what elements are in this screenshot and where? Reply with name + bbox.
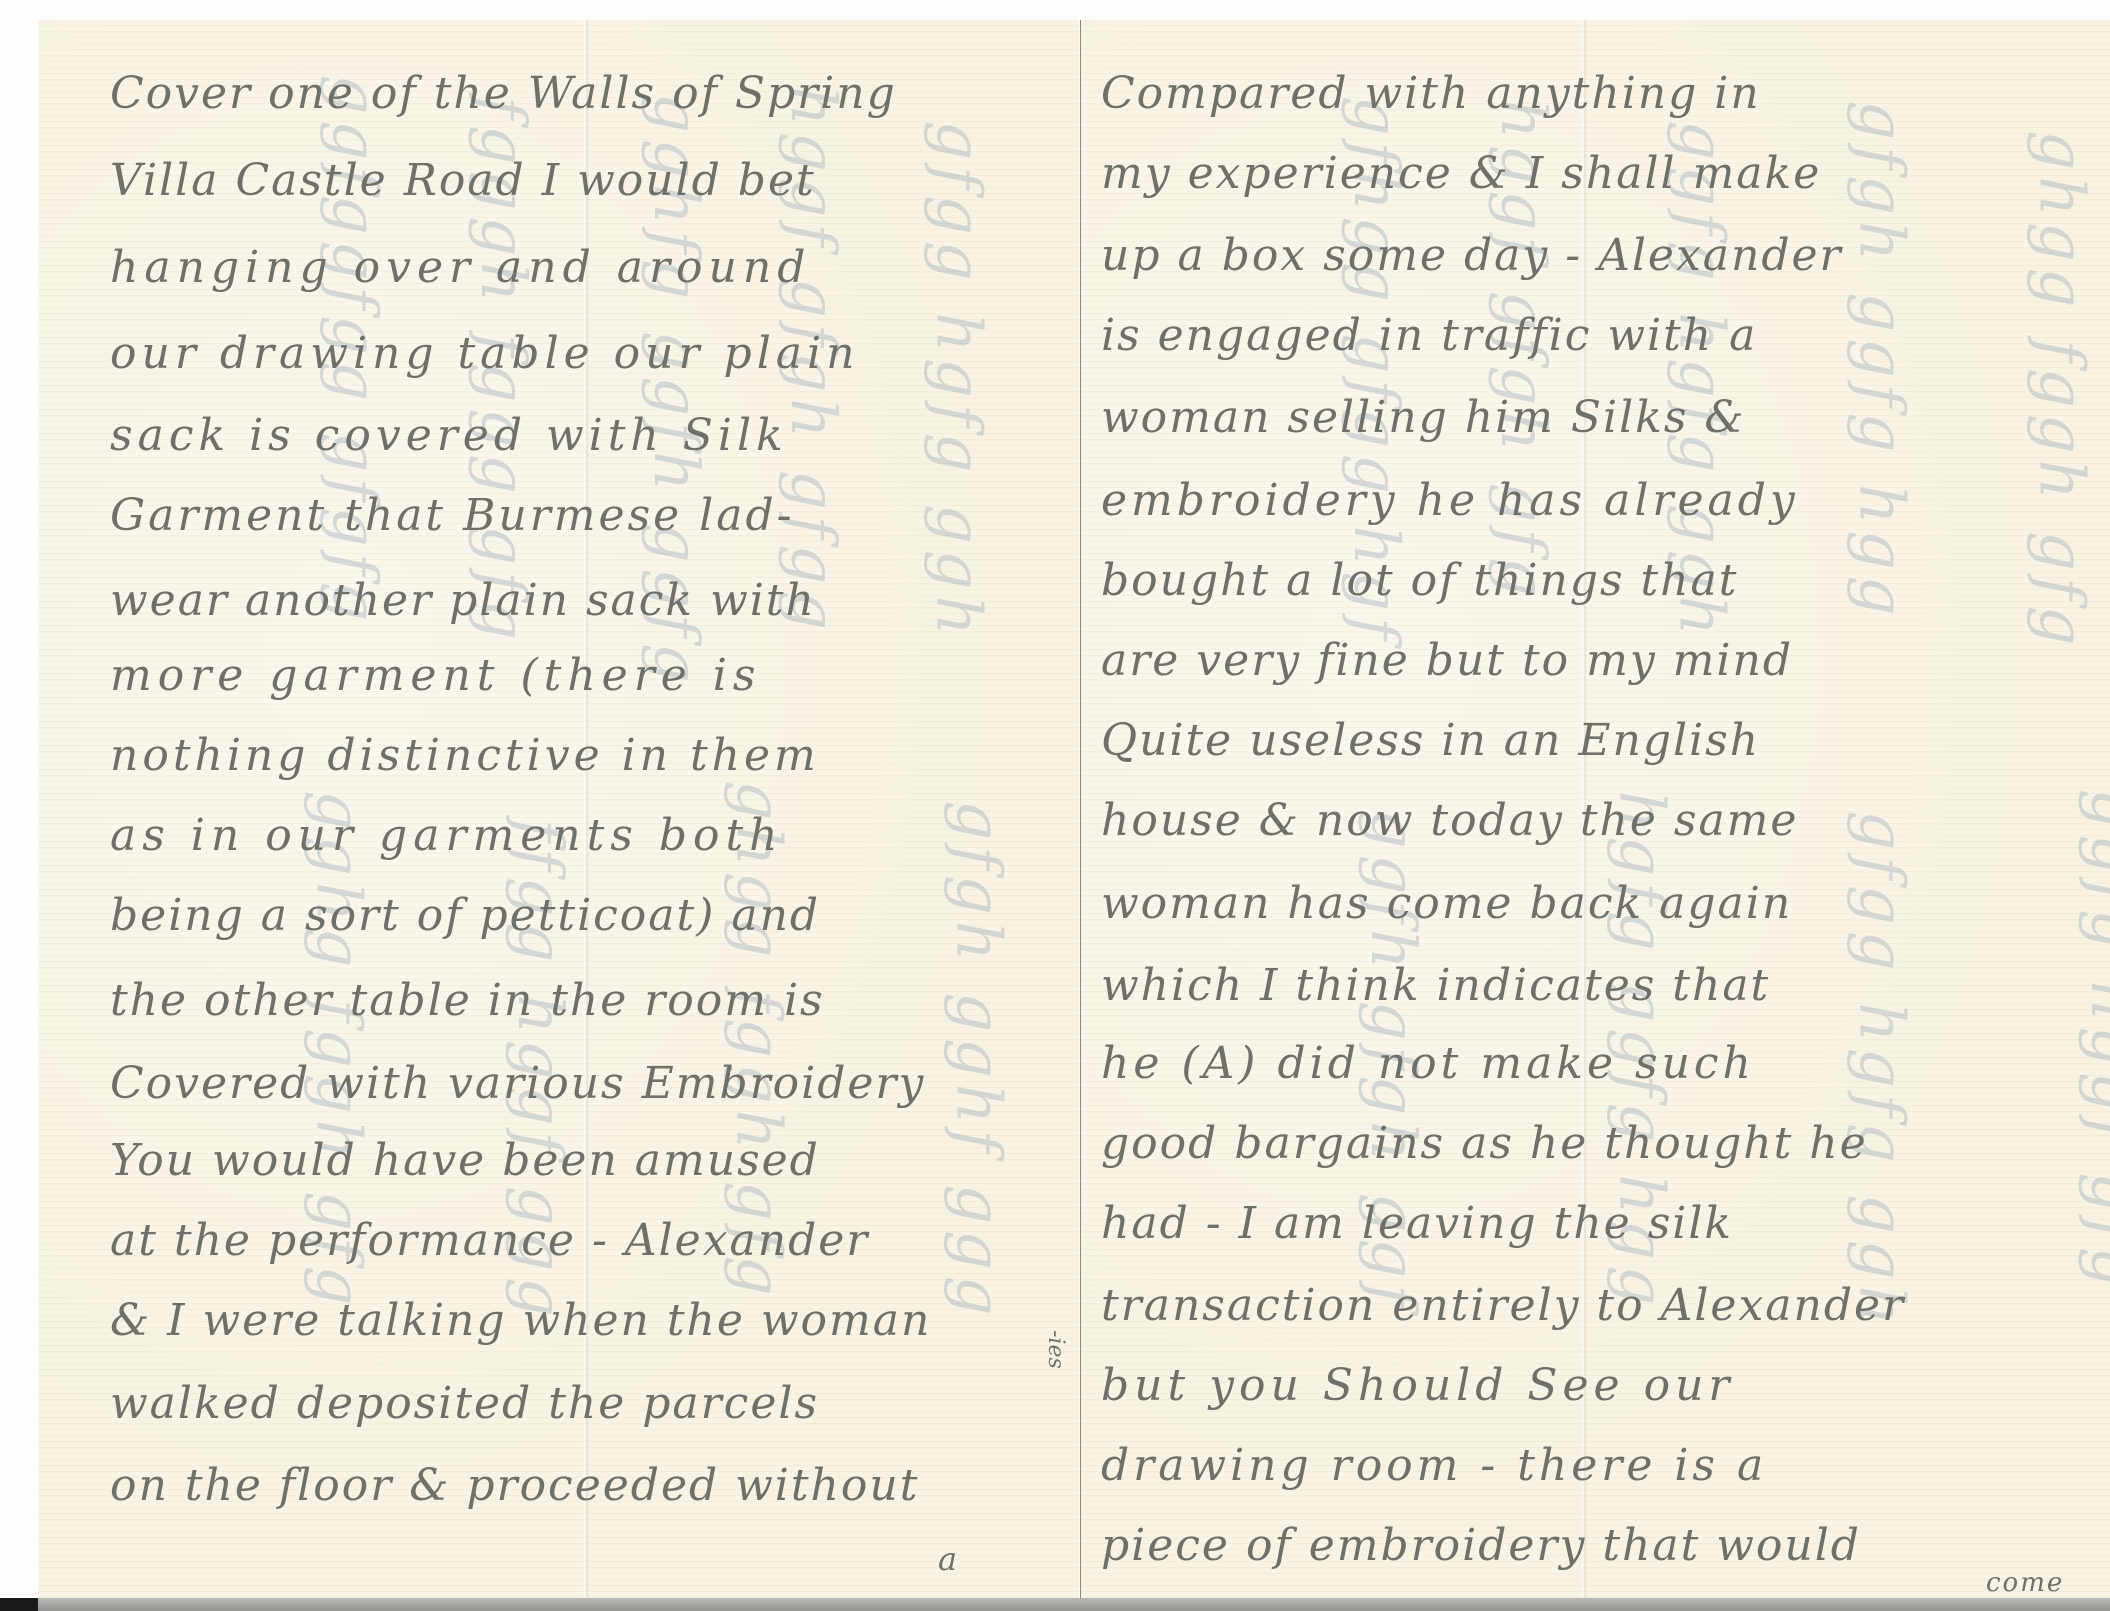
- scanner-edge: [0, 1598, 2110, 1611]
- handwritten-line: more garment (there is: [110, 650, 761, 701]
- handwritten-line: is engaged in traffic with a: [1101, 310, 1757, 361]
- handwritten-line: but you Should See our: [1101, 1360, 1734, 1411]
- handwritten-line: my experience & I shall make: [1101, 148, 1821, 199]
- handwritten-text: Compared with anything in my experience …: [1081, 20, 2110, 1598]
- handwritten-line: drawing room - there is a: [1101, 1440, 1767, 1491]
- handwritten-line: at the performance - Alexander: [110, 1215, 869, 1266]
- handwritten-line: he (A) did not make such: [1101, 1038, 1755, 1089]
- handwritten-line: the other table in the room is: [110, 975, 825, 1026]
- handwritten-line: up a box some day - Alexander: [1101, 230, 1843, 281]
- handwritten-line: sack is covered with Silk: [110, 410, 788, 461]
- scanner-edge-corner: [0, 1598, 38, 1611]
- handwritten-line: embroidery he has already: [1101, 475, 1799, 526]
- handwritten-line: on the floor & proceeded without: [110, 1460, 919, 1511]
- handwritten-line: Covered with various Embroidery: [110, 1058, 925, 1109]
- letter-page-left: ggfggfgg gfgfg fgggh fggg gfg gghfg ggfh…: [38, 20, 1079, 1598]
- handwritten-line: are very fine but to my mind: [1101, 635, 1793, 686]
- handwritten-line: Compared with anything in: [1101, 68, 1761, 119]
- handwritten-line: nothing distinctive in them: [110, 730, 820, 781]
- handwritten-line: bought a lot of things that: [1101, 555, 1738, 606]
- handwritten-line: hanging over and around: [110, 242, 811, 293]
- handwritten-line: as in our garments both: [110, 810, 784, 861]
- handwritten-line: walked deposited the parcels: [110, 1378, 819, 1429]
- handwritten-line: Garment that Burmese lad-: [110, 490, 795, 541]
- handwritten-line: woman has come back again: [1101, 878, 1792, 929]
- margin-note: a: [938, 1540, 959, 1578]
- handwritten-line: being a sort of petticoat) and: [110, 890, 820, 941]
- handwritten-line: & I were talking when the woman: [110, 1295, 931, 1346]
- margin-note: -ies: [1043, 1330, 1068, 1369]
- handwritten-line: good bargains as he thought he: [1101, 1118, 1868, 1169]
- handwritten-text: Cover one of the Walls of Spring Villa C…: [38, 20, 1079, 1598]
- handwritten-line: wear another plain sack with: [110, 575, 816, 626]
- letter-page-right: gfhgg gfgg hgf hggf gfgh gfg ggfg hgfg g…: [1080, 20, 2110, 1598]
- handwritten-line: our drawing table our plain: [110, 328, 859, 379]
- handwritten-line: had - I am leaving the silk: [1101, 1198, 1733, 1249]
- handwritten-line: woman selling him Silks &: [1101, 392, 1746, 443]
- handwritten-line: house & now today the same: [1101, 795, 1798, 846]
- handwritten-line: You would have been amused: [110, 1135, 820, 1186]
- handwritten-line: piece of embroidery that would: [1101, 1520, 1861, 1571]
- handwritten-line: transaction entirely to Alexander: [1101, 1280, 1905, 1331]
- handwritten-line: Cover one of the Walls of Spring: [110, 68, 897, 119]
- handwritten-line: which I think indicates that: [1101, 960, 1770, 1011]
- margin-note: come: [1986, 1568, 2064, 1598]
- handwritten-line: Villa Castle Road I would bet: [110, 155, 816, 206]
- handwritten-line: Quite useless in an English: [1101, 715, 1760, 766]
